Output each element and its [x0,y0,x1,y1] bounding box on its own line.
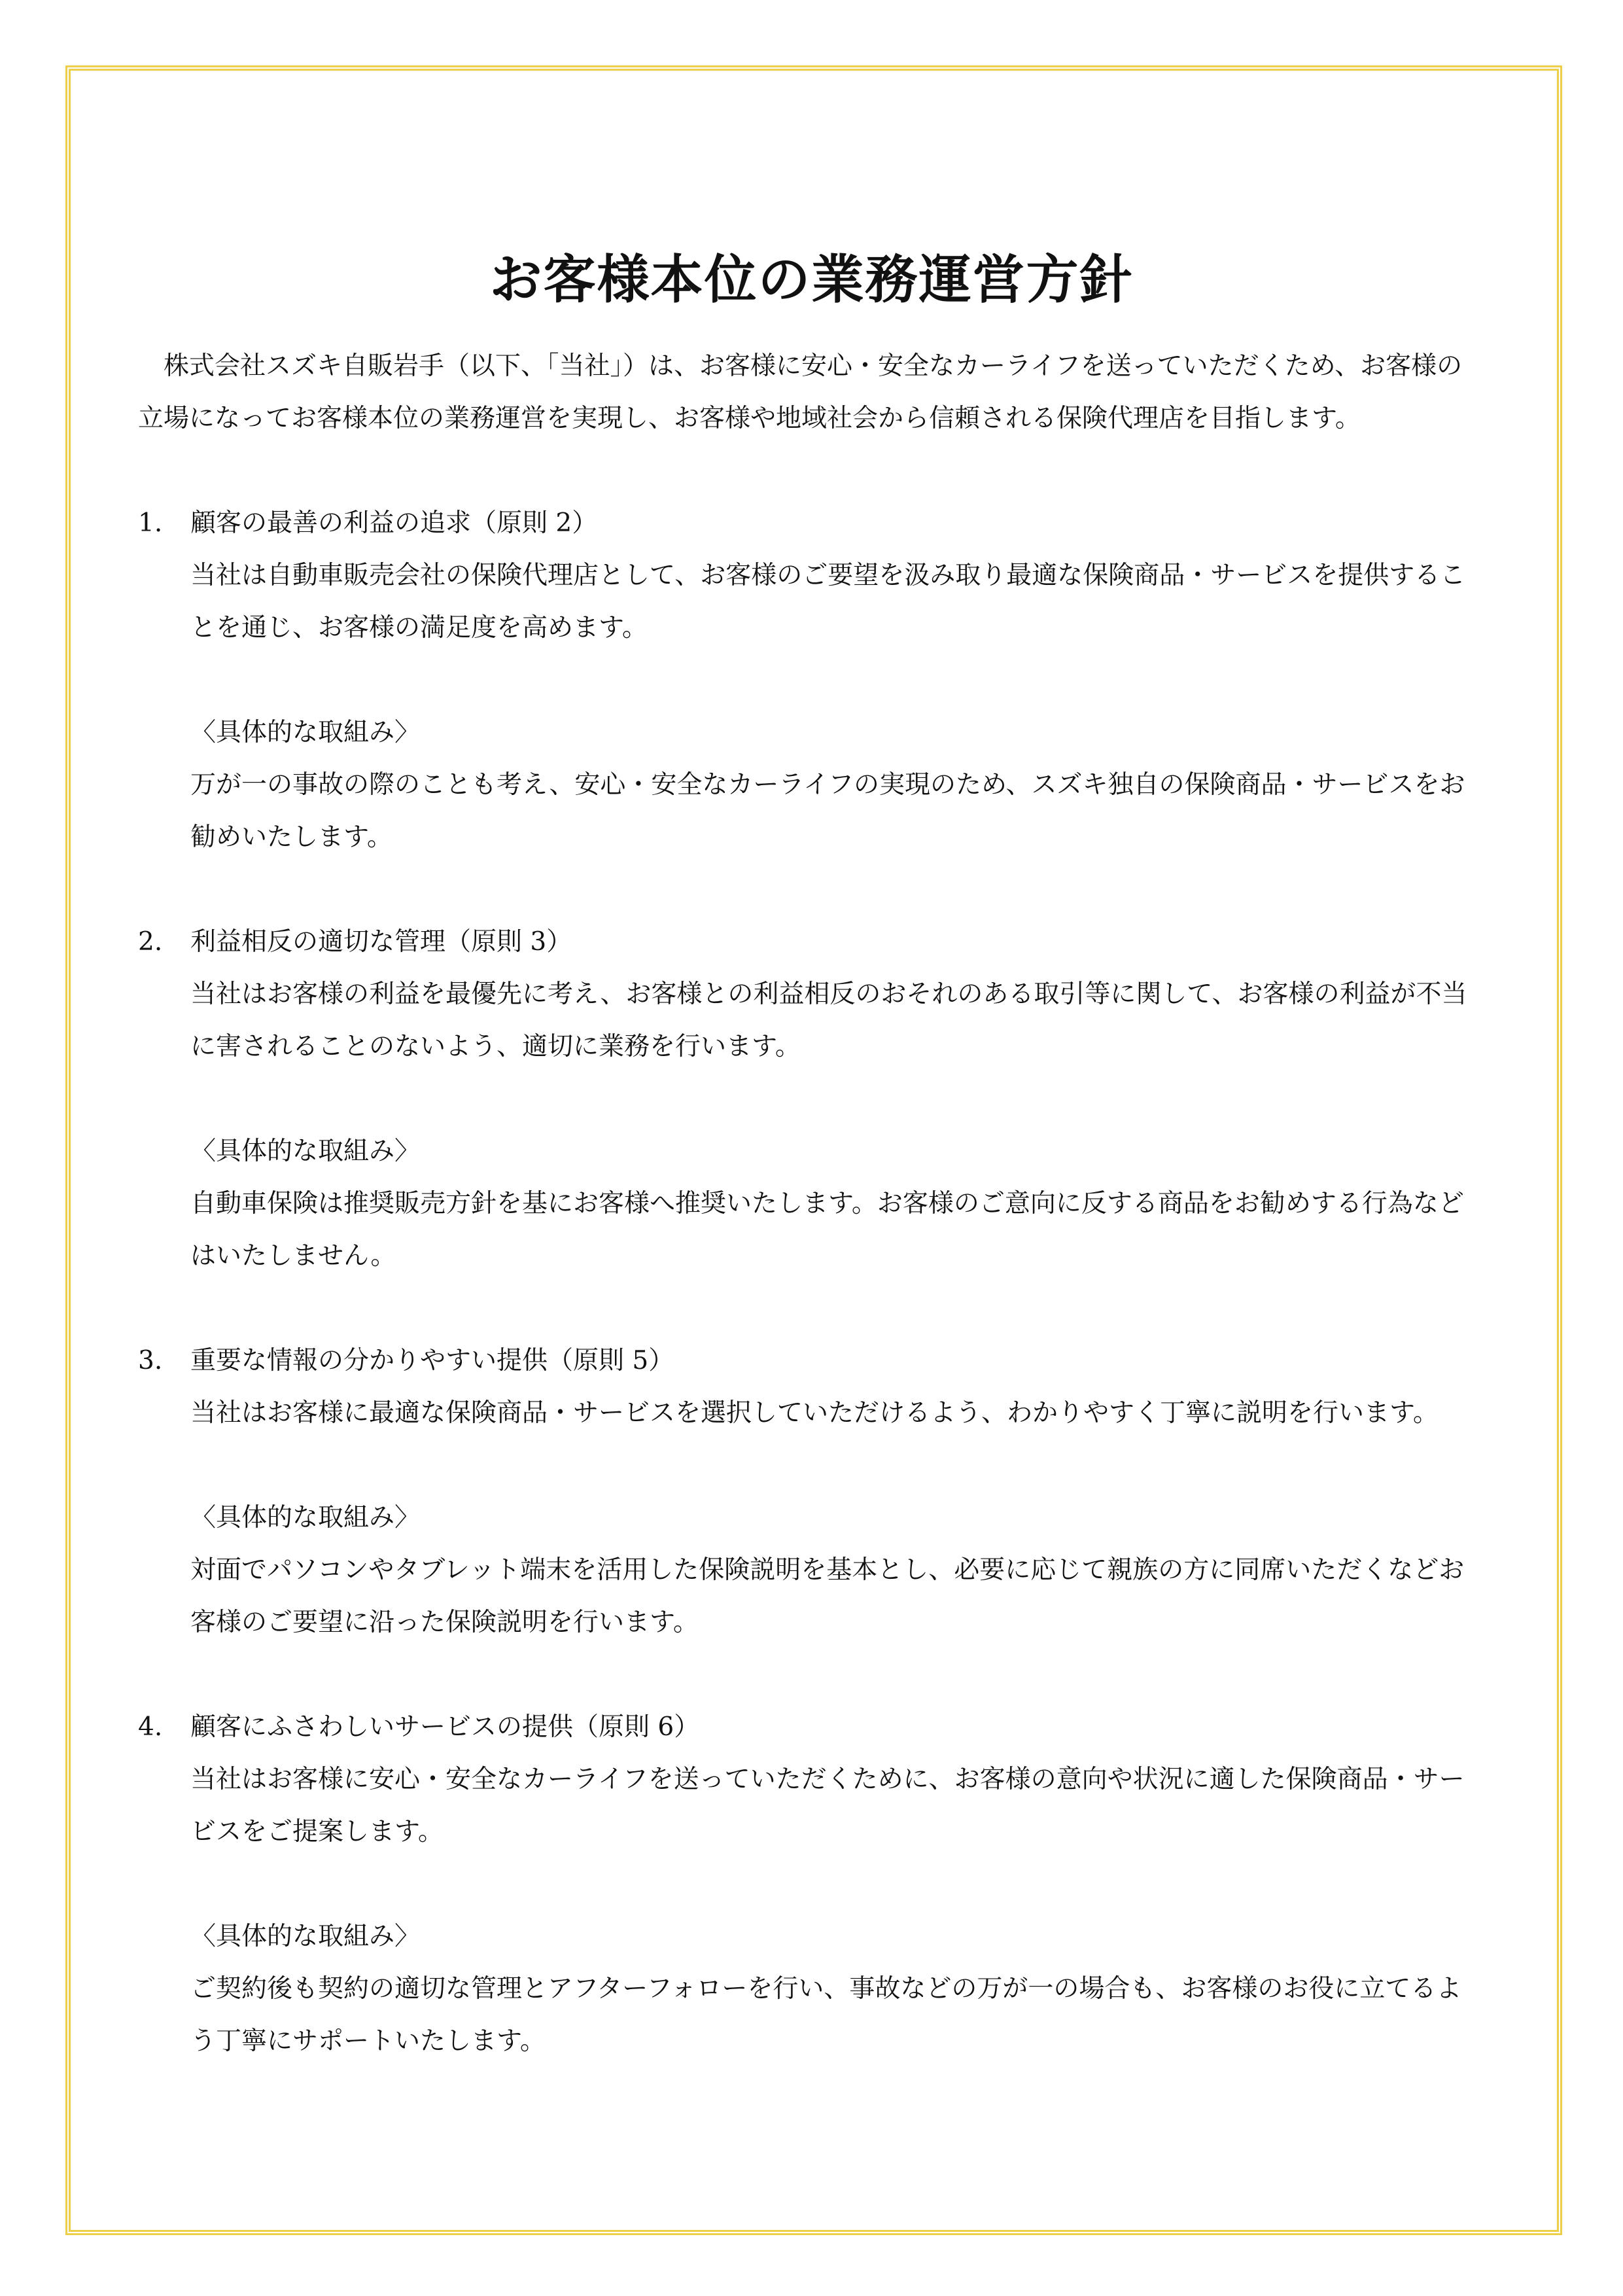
initiative-heading: 〈具体的な取組み〉 [138,1125,1486,1178]
initiative-body: 万が一の事故の際のことも考え、安心・安全なカーライフの実現のため、スズキ独自の保… [138,759,1486,864]
initiative-heading: 〈具体的な取組み〉 [138,707,1486,759]
initiative-heading: 〈具体的な取組み〉 [138,1492,1486,1544]
section-body: 当社はお客様に最適な保険商品・サービスを選択していただけるよう、わかりやすく丁寧… [138,1387,1486,1439]
section-number: 2. [138,916,190,968]
section-title: 顧客にふさわしいサービスの提供（原則 6） [190,1701,699,1754]
initiative-heading: 〈具体的な取組み〉 [138,1911,1486,1963]
section-4: 4. 顧客にふさわしいサービスの提供（原則 6） 当社はお客様に安心・安全なカー… [138,1701,1486,2068]
section-body: 当社はお客様に安心・安全なカーライフを送っていただくために、お客様の意向や状況に… [138,1754,1486,1858]
section-2: 2. 利益相反の適切な管理（原則 3） 当社はお客様の利益を最優先に考え、お客様… [138,916,1486,1282]
section-title: 重要な情報の分かりやすい提供（原則 5） [190,1335,674,1387]
page-title: お客様本位の業務運営方針 [0,243,1623,315]
section-title: 利益相反の適切な管理（原則 3） [190,916,572,968]
section-number: 3. [138,1335,190,1387]
intro-paragraph: 株式会社スズキ自販岩手（以下、「当社」）は、お客様に安心・安全なカーライフを送っ… [138,340,1486,445]
document-body: 株式会社スズキ自販岩手（以下、「当社」）は、お客様に安心・安全なカーライフを送っ… [138,340,1486,2068]
section-number: 4. [138,1701,190,1754]
section-body: 当社は自動車販売会社の保険代理店として、お客様のご要望を汲み取り最適な保険商品・… [138,550,1486,654]
section-heading: 3. 重要な情報の分かりやすい提供（原則 5） [138,1335,1486,1387]
section-body: 当社はお客様の利益を最優先に考え、お客様との利益相反のおそれのある取引等に関して… [138,968,1486,1073]
section-heading: 4. 顧客にふさわしいサービスの提供（原則 6） [138,1701,1486,1754]
section-1: 1. 顧客の最善の利益の追求（原則 2） 当社は自動車販売会社の保険代理店として… [138,497,1486,864]
initiative-body: 自動車保険は推奨販売方針を基にお客様へ推奨いたします。お客様のご意向に反する商品… [138,1178,1486,1282]
section-title: 顧客の最善の利益の追求（原則 2） [190,497,597,550]
initiative-body: 対面でパソコンやタブレット端末を活用した保険説明を基本とし、必要に応じて親族の方… [138,1544,1486,1649]
section-heading: 1. 顧客の最善の利益の追求（原則 2） [138,497,1486,550]
section-number: 1. [138,497,190,550]
initiative-body: ご契約後も契約の適切な管理とアフターフォローを行い、事故などの万が一の場合も、お… [138,1963,1486,2068]
section-3: 3. 重要な情報の分かりやすい提供（原則 5） 当社はお客様に最適な保険商品・サ… [138,1335,1486,1649]
section-heading: 2. 利益相反の適切な管理（原則 3） [138,916,1486,968]
